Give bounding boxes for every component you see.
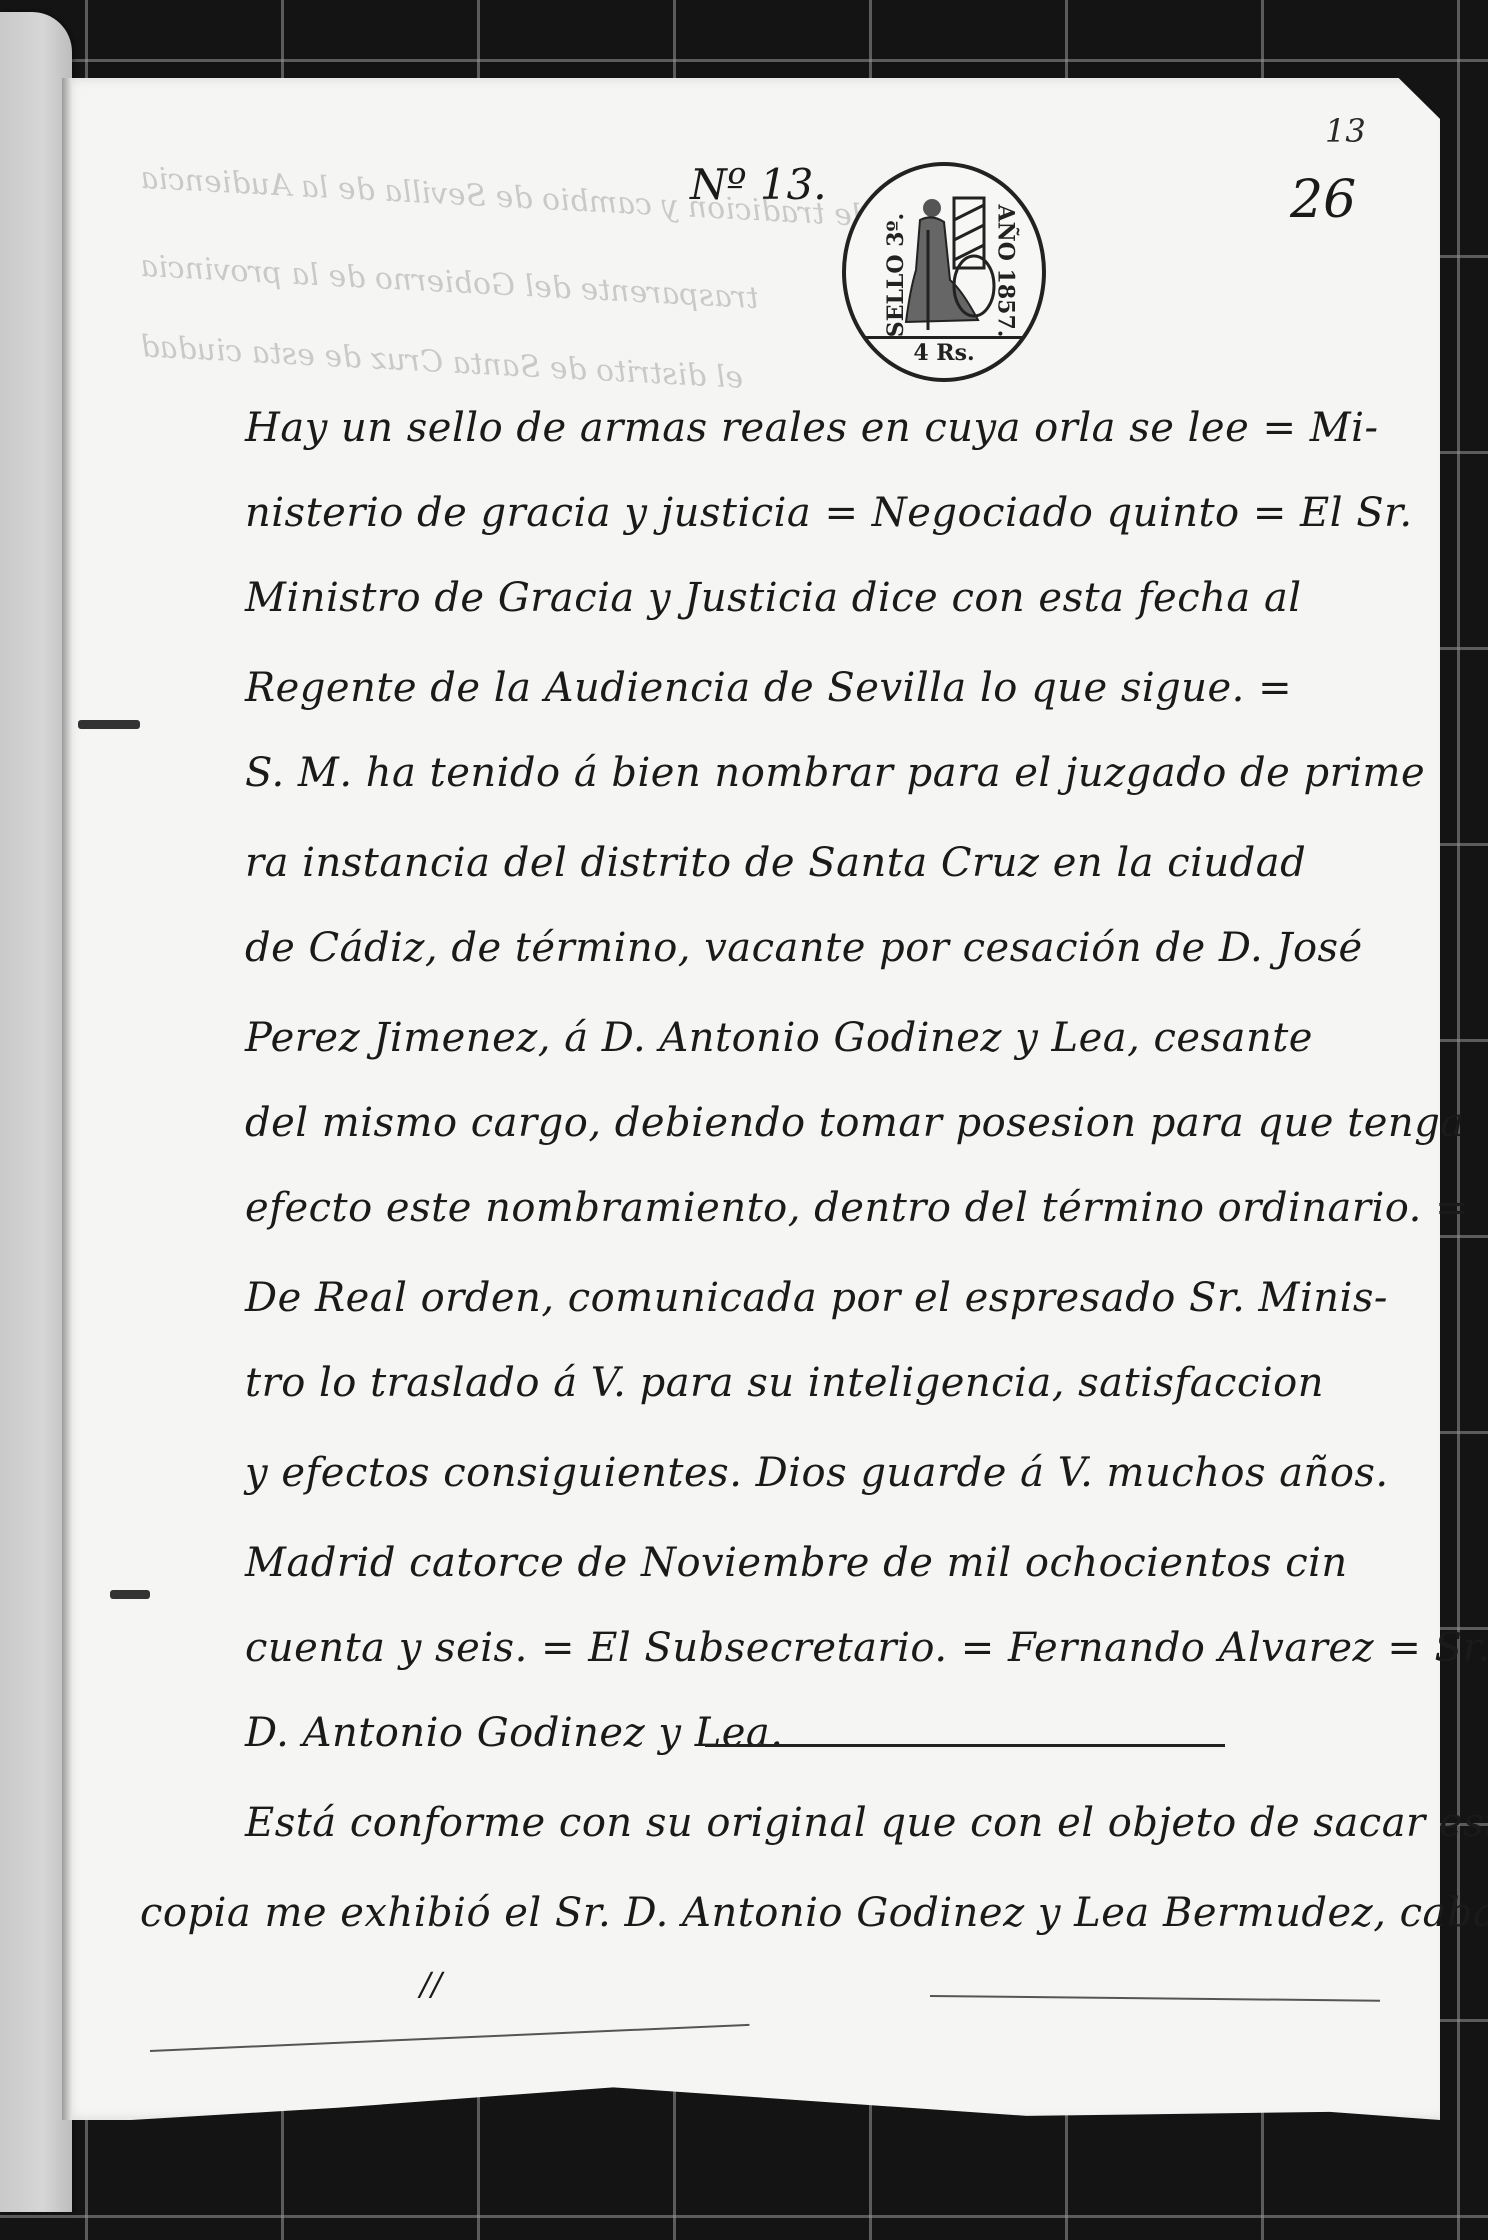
manuscript-line: D. Antonio Godinez y Lea. (245, 1710, 784, 1756)
stamp-divider (864, 336, 1024, 339)
manuscript-line: Ministro de Gracia y Justicia dice con e… (245, 575, 1302, 621)
page-gutter-shadow (62, 78, 72, 2120)
folio-number: 26 (1290, 170, 1356, 230)
manuscript-line: del mismo cargo, debiendo tomar posesion… (245, 1100, 1465, 1146)
revenue-stamp-seal: SELLO 3º. AÑO 1857. 4 Rs. (842, 162, 1046, 382)
manuscript-line: Madrid catorce de Noviembre de mil ochoc… (245, 1540, 1348, 1586)
manuscript-line: copia me exhibió el Sr. D. Antonio Godin… (140, 1890, 1488, 1936)
binding-thread-icon (78, 720, 140, 729)
manuscript-line: efecto este nombramiento, dentro del tér… (245, 1185, 1469, 1231)
stamp-value: 4 Rs. (846, 340, 1042, 366)
binding-thread-icon (110, 1590, 150, 1599)
manuscript-line: nisterio de gracia y justicia = Negociad… (245, 490, 1413, 536)
manuscript-line: Regente de la Audiencia de Sevilla lo qu… (245, 665, 1292, 711)
manuscript-line: de Cádiz, de término, vacante por cesaci… (245, 925, 1363, 971)
manuscript-line: Perez Jimenez, á D. Antonio Godinez y Le… (245, 1015, 1313, 1061)
signature-dash-line (705, 1744, 1225, 1747)
footer-mark: // (420, 1965, 443, 2003)
manuscript-line: ra instancia del distrito de Santa Cruz … (245, 840, 1306, 886)
manuscript-line: Hay un sello de armas reales en cuya orl… (245, 405, 1378, 451)
manuscript-line: cuenta y seis. = El Subsecretario. = Fer… (245, 1625, 1488, 1671)
manuscript-line: tro lo traslado á V. para su inteligenci… (245, 1360, 1324, 1406)
document-number: Nº 13. (690, 160, 827, 209)
manuscript-line: De Real orden, comunicada por el espresa… (245, 1275, 1388, 1321)
manuscript-line: y efectos consiguientes. Dios guarde á V… (245, 1450, 1389, 1496)
folio-number-top: 13 (1325, 112, 1366, 150)
manuscript-line: S. M. ha tenido á bien nombrar para el j… (245, 750, 1425, 796)
seated-figure-icon (892, 190, 1002, 340)
manuscript-line: Está conforme con su original que con el… (245, 1800, 1488, 1846)
